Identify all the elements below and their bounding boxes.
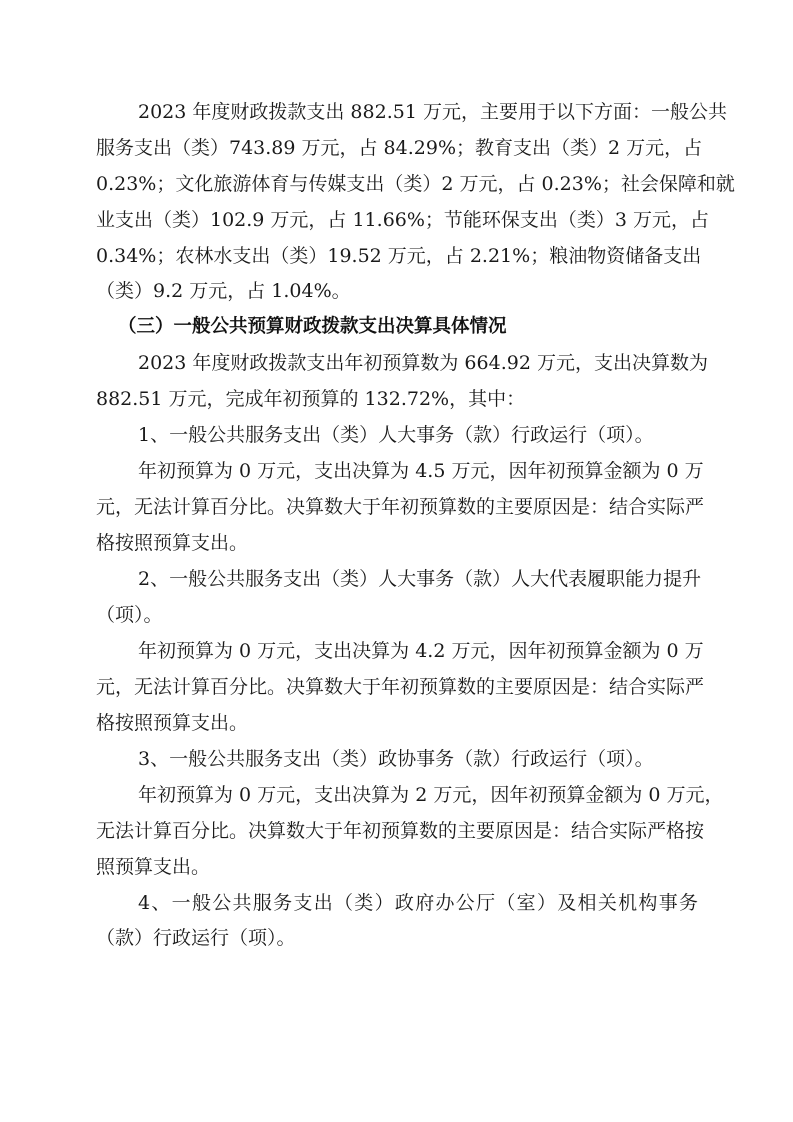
item-2-detail-line-3: 格按照预算支出。 [96, 705, 698, 741]
item-3-title: 3、一般公共服务支出（类）政协事务（款）行政运行（项）。 [138, 741, 698, 777]
paragraph-1-line-6: （类）9.2 万元，占 1.04%。 [96, 273, 698, 309]
item-2-detail-line-1: 年初预算为 0 万元，支出决算为 4.2 万元，因年初预算金额为 0 万 [138, 633, 698, 669]
document-page: 2023 年度财政拨款支出 882.51 万元，主要用于以下方面：一般公共 服务… [0, 0, 793, 1122]
item-1-detail-line-3: 格按照预算支出。 [96, 525, 698, 561]
paragraph-1-line-2: 服务支出（类）743.89 万元，占 84.29%；教育支出（类）2 万元，占 [96, 130, 698, 166]
item-3-detail-line-2: 无法计算百分比。决算数大于年初预算数的主要原因是：结合实际严格按 [96, 813, 698, 849]
item-1-detail-line-1: 年初预算为 0 万元，支出决算为 4.5 万元，因年初预算金额为 0 万 [138, 453, 698, 489]
item-3-detail-line-1: 年初预算为 0 万元，支出决算为 2 万元，因年初预算金额为 0 万元， [138, 777, 698, 813]
paragraph-2-line-2: 882.51 万元，完成年初预算的 132.72%，其中： [96, 381, 698, 417]
item-3-detail-line-3: 照预算支出。 [96, 849, 698, 885]
paragraph-1-line-3: 0.23%；文化旅游体育与传媒支出（类）2 万元，占 0.23%；社会保障和就 [96, 166, 698, 202]
item-1-title: 1、一般公共服务支出（类）人大事务（款）行政运行（项）。 [138, 417, 698, 453]
item-1-detail-line-2: 元，无法计算百分比。决算数大于年初预算数的主要原因是：结合实际严 [96, 489, 698, 525]
item-2-title-line-1: 2、一般公共服务支出（类）人大事务（款）人大代表履职能力提升 [138, 561, 698, 597]
item-2-title-line-2: （项）。 [96, 597, 698, 633]
paragraph-1-line-1: 2023 年度财政拨款支出 882.51 万元，主要用于以下方面：一般公共 [138, 94, 698, 130]
item-4-title-line-2: （款）行政运行（项）。 [96, 920, 698, 956]
item-2-detail-line-2: 元，无法计算百分比。决算数大于年初预算数的主要原因是：结合实际严 [96, 669, 698, 705]
paragraph-1-line-4: 业支出（类）102.9 万元，占 11.66%；节能环保支出（类）3 万元，占 [96, 202, 698, 238]
paragraph-1-line-5: 0.34%；农林水支出（类）19.52 万元，占 2.21%；粮油物资储备支出 [96, 238, 698, 274]
paragraph-2-line-1: 2023 年度财政拨款支出年初预算数为 664.92 万元，支出决算数为 [138, 345, 698, 381]
section-heading: （三）一般公共预算财政拨款支出决算具体情况 [118, 309, 507, 345]
item-4-title-line-1: 4、一般公共服务支出（类）政府办公厅（室）及相关机构事务 [138, 885, 698, 921]
